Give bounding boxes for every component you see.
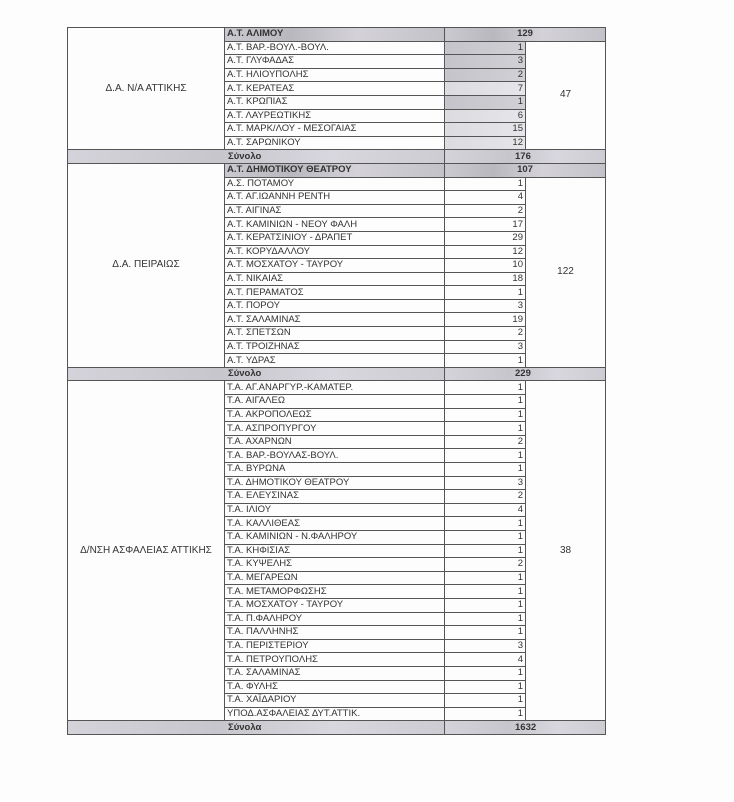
station-value: 1 [445, 463, 526, 477]
subtotal-value: 47 [526, 41, 606, 150]
station-name: Τ.Α. ΠΑΛΛΗΝΗΣ [225, 626, 445, 640]
station-name: Α.Τ. ΣΑΛΑΜΙΝΑΣ [225, 313, 445, 327]
station-value: 1 [445, 666, 526, 680]
station-value: 1 [445, 544, 526, 558]
station-value: 12 [445, 136, 526, 150]
station-value: 17 [445, 218, 526, 232]
department-name: Δ/ΝΣΗ ΑΣΦΑΛΕΙΑΣ ΑΤΤΙΚΗΣ [68, 381, 225, 721]
document-page: Δ.Α. Ν/Α ΑΤΤΙΚΗΣΑ.Τ. ΑΛΙΜΟΥ129Α.Τ. ΒΑΡ.-… [0, 0, 734, 802]
station-name: Α.Τ. ΑΛΙΜΟΥ [225, 28, 445, 42]
station-value: 2 [445, 68, 526, 82]
station-value: 6 [445, 109, 526, 123]
station-value: 1 [445, 286, 526, 300]
station-value: 2 [445, 558, 526, 572]
station-name: Α.Τ. ΓΛΥΦΑΔΑΣ [225, 55, 445, 69]
station-name: Α.Σ. ΠΟΤΑΜΟΥ [225, 177, 445, 191]
station-name: Α.Τ. ΗΛΙΟΥΠΟΛΗΣ [225, 68, 445, 82]
station-value: 4 [445, 191, 526, 205]
subtotal-value: 38 [526, 381, 606, 721]
block-header-row: Δ.Α. ΠΕΙΡΑΙΩΣΑ.Τ. ΔΗΜΟΤΙΚΟΥ ΘΕΑΤΡΟΥ107 [68, 163, 606, 177]
station-name: Α.Τ. ΣΑΡΩΝΙΚΟΥ [225, 136, 445, 150]
station-name: Τ.Α. ΠΕΡΙΣΤΕΡΙΟΥ [225, 639, 445, 653]
station-name: Τ.Α. ΚΥΨΕΛΗΣ [225, 558, 445, 572]
station-name: Τ.Α. ΙΛΙΟΥ [225, 503, 445, 517]
station-value: 1 [445, 381, 526, 395]
station-name: Α.Τ. ΤΡΟΙΖΗΝΑΣ [225, 340, 445, 354]
station-name: Τ.Α. ΒΑΡ.-ΒΟΥΛΑΣ-ΒΟΥΛ. [225, 449, 445, 463]
station-value: 1 [445, 177, 526, 191]
station-name: Α.Τ. ΛΑΥΡΕΩΤΙΚΗΣ [225, 109, 445, 123]
station-name: Τ.Α. ΣΑΛΑΜΙΝΑΣ [225, 666, 445, 680]
station-name: Α.Τ. ΚΑΜΙΝΙΩΝ - ΝΕΟΥ ΦΑΛΗ [225, 218, 445, 232]
total-value: 176 [445, 150, 606, 164]
station-name: Τ.Α. ΑΣΠΡΟΠΥΡΓΟΥ [225, 422, 445, 436]
station-value: 3 [445, 476, 526, 490]
station-value: 12 [445, 245, 526, 259]
total-row: Σύνολο229 [68, 367, 606, 381]
station-name: Τ.Α. ΚΑΛΛΙΘΕΑΣ [225, 517, 445, 531]
station-value: 19 [445, 313, 526, 327]
station-value: 4 [445, 653, 526, 667]
station-value: 15 [445, 123, 526, 137]
station-name: Τ.Α. ΜΕΓΑΡΕΩΝ [225, 571, 445, 585]
station-name: Τ.Α. ΑΙΓΑΛΕΩ [225, 395, 445, 409]
station-name: Α.Τ. ΠΟΡΟΥ [225, 299, 445, 313]
station-name: Α.Τ. ΑΓ.ΙΩΑΝΝΗ ΡΕΝΤΗ [225, 191, 445, 205]
station-name: Α.Τ. ΜΟΣΧΑΤΟΥ - ΤΑΥΡΟΥ [225, 259, 445, 273]
station-name: Α.Τ. ΔΗΜΟΤΙΚΟΥ ΘΕΑΤΡΟΥ [225, 163, 445, 177]
station-value: 2 [445, 327, 526, 341]
station-value: 107 [445, 163, 606, 177]
station-value: 1 [445, 598, 526, 612]
total-row: Σύνολο176 [68, 150, 606, 164]
total-value: 229 [445, 367, 606, 381]
total-label: Σύνολο [68, 367, 445, 381]
station-value: 1 [445, 395, 526, 409]
station-value: 1 [445, 354, 526, 368]
station-value: 7 [445, 82, 526, 96]
station-value: 1 [445, 707, 526, 721]
station-name: Α.Τ. ΥΔΡΑΣ [225, 354, 445, 368]
station-name: Τ.Α. ΕΛΕΥΣΙΝΑΣ [225, 490, 445, 504]
block-header-row: Δ.Α. Ν/Α ΑΤΤΙΚΗΣΑ.Τ. ΑΛΙΜΟΥ129 [68, 28, 606, 42]
station-value: 1 [445, 422, 526, 436]
station-value: 1 [445, 41, 526, 55]
station-name: Α.Τ. ΝΙΚΑΙΑΣ [225, 272, 445, 286]
grand-total-row: Σύνολα1632 [68, 721, 606, 735]
station-value: 2 [445, 435, 526, 449]
station-value: 1 [445, 95, 526, 109]
station-value: 1 [445, 530, 526, 544]
station-name: Α.Τ. ΜΑΡΚ/ΛΟΥ - ΜΕΣΟΓΑΙΑΣ [225, 123, 445, 137]
grand-total-value: 1632 [445, 721, 606, 735]
station-value: 3 [445, 55, 526, 69]
station-name: Α.Τ. ΚΡΩΠΙΑΣ [225, 95, 445, 109]
station-value: 3 [445, 639, 526, 653]
station-value: 1 [445, 449, 526, 463]
station-value: 1 [445, 408, 526, 422]
station-value: 1 [445, 517, 526, 531]
station-value: 4 [445, 503, 526, 517]
subtotal-value: 122 [526, 177, 606, 367]
department-name: Δ.Α. ΠΕΙΡΑΙΩΣ [68, 163, 225, 367]
station-name: Α.Τ. ΑΙΓΙΝΑΣ [225, 204, 445, 218]
station-name: Τ.Α. ΑΓ.ΑΝΑΡΓΥΡ.-ΚΑΜΑΤΕΡ. [225, 381, 445, 395]
station-value: 3 [445, 299, 526, 313]
station-name: Τ.Α. Π.ΦΑΛΗΡΟΥ [225, 612, 445, 626]
station-value: 1 [445, 585, 526, 599]
station-name: Α.Τ. ΚΟΡΥΔΑΛΛΟΥ [225, 245, 445, 259]
statistics-table: Δ.Α. Ν/Α ΑΤΤΙΚΗΣΑ.Τ. ΑΛΙΜΟΥ129Α.Τ. ΒΑΡ.-… [67, 27, 606, 735]
total-label: Σύνολο [68, 150, 445, 164]
station-value: 1 [445, 626, 526, 640]
station-value: 2 [445, 490, 526, 504]
station-name: Τ.Α. ΑΚΡΟΠΟΛΕΩΣ [225, 408, 445, 422]
table-row: Δ/ΝΣΗ ΑΣΦΑΛΕΙΑΣ ΑΤΤΙΚΗΣΤ.Α. ΑΓ.ΑΝΑΡΓΥΡ.-… [68, 381, 606, 395]
station-name: Τ.Α. ΠΕΤΡΟΥΠΟΛΗΣ [225, 653, 445, 667]
station-name: Τ.Α. ΒΥΡΩΝΑ [225, 463, 445, 477]
station-value: 10 [445, 259, 526, 273]
station-value: 1 [445, 571, 526, 585]
station-name: ΥΠΟΔ.ΑΣΦΑΛΕΙΑΣ ΔΥΤ.ΑΤΤΙΚ. [225, 707, 445, 721]
station-name: Τ.Α. ΦΥΛΗΣ [225, 680, 445, 694]
station-name: Τ.Α. ΚΗΦΙΣΙΑΣ [225, 544, 445, 558]
station-value: 3 [445, 340, 526, 354]
station-name: Τ.Α. ΚΑΜΙΝΙΩΝ - Ν.ΦΑΛΗΡΟΥ [225, 530, 445, 544]
station-value: 129 [445, 28, 606, 42]
station-value: 2 [445, 204, 526, 218]
station-name: Α.Τ. ΚΕΡΑΤΕΑΣ [225, 82, 445, 96]
station-value: 1 [445, 612, 526, 626]
station-name: Τ.Α. ΑΧΑΡΝΩΝ [225, 435, 445, 449]
grand-total-label: Σύνολα [68, 721, 445, 735]
station-name: Τ.Α. ΜΟΣΧΑΤΟΥ - ΤΑΥΡΟΥ [225, 598, 445, 612]
station-name: Α.Τ. ΣΠΕΤΣΩΝ [225, 327, 445, 341]
station-name: Τ.Α. ΧΑΪΔΑΡΙΟΥ [225, 694, 445, 708]
station-name: Τ.Α. ΔΗΜΟΤΙΚΟΥ ΘΕΑΤΡΟΥ [225, 476, 445, 490]
department-name: Δ.Α. Ν/Α ΑΤΤΙΚΗΣ [68, 28, 225, 150]
station-name: Α.Τ. ΠΕΡΑΜΑΤΟΣ [225, 286, 445, 300]
station-value: 18 [445, 272, 526, 286]
station-value: 1 [445, 694, 526, 708]
station-name: Α.Τ. ΒΑΡ.-ΒΟΥΛ.-ΒΟΥΛ. [225, 41, 445, 55]
station-value: 1 [445, 680, 526, 694]
station-value: 29 [445, 231, 526, 245]
station-name: Τ.Α. ΜΕΤΑΜΟΡΦΩΣΗΣ [225, 585, 445, 599]
station-name: Α.Τ. ΚΕΡΑΤΣΙΝΙΟΥ - ΔΡΑΠΕΤ [225, 231, 445, 245]
